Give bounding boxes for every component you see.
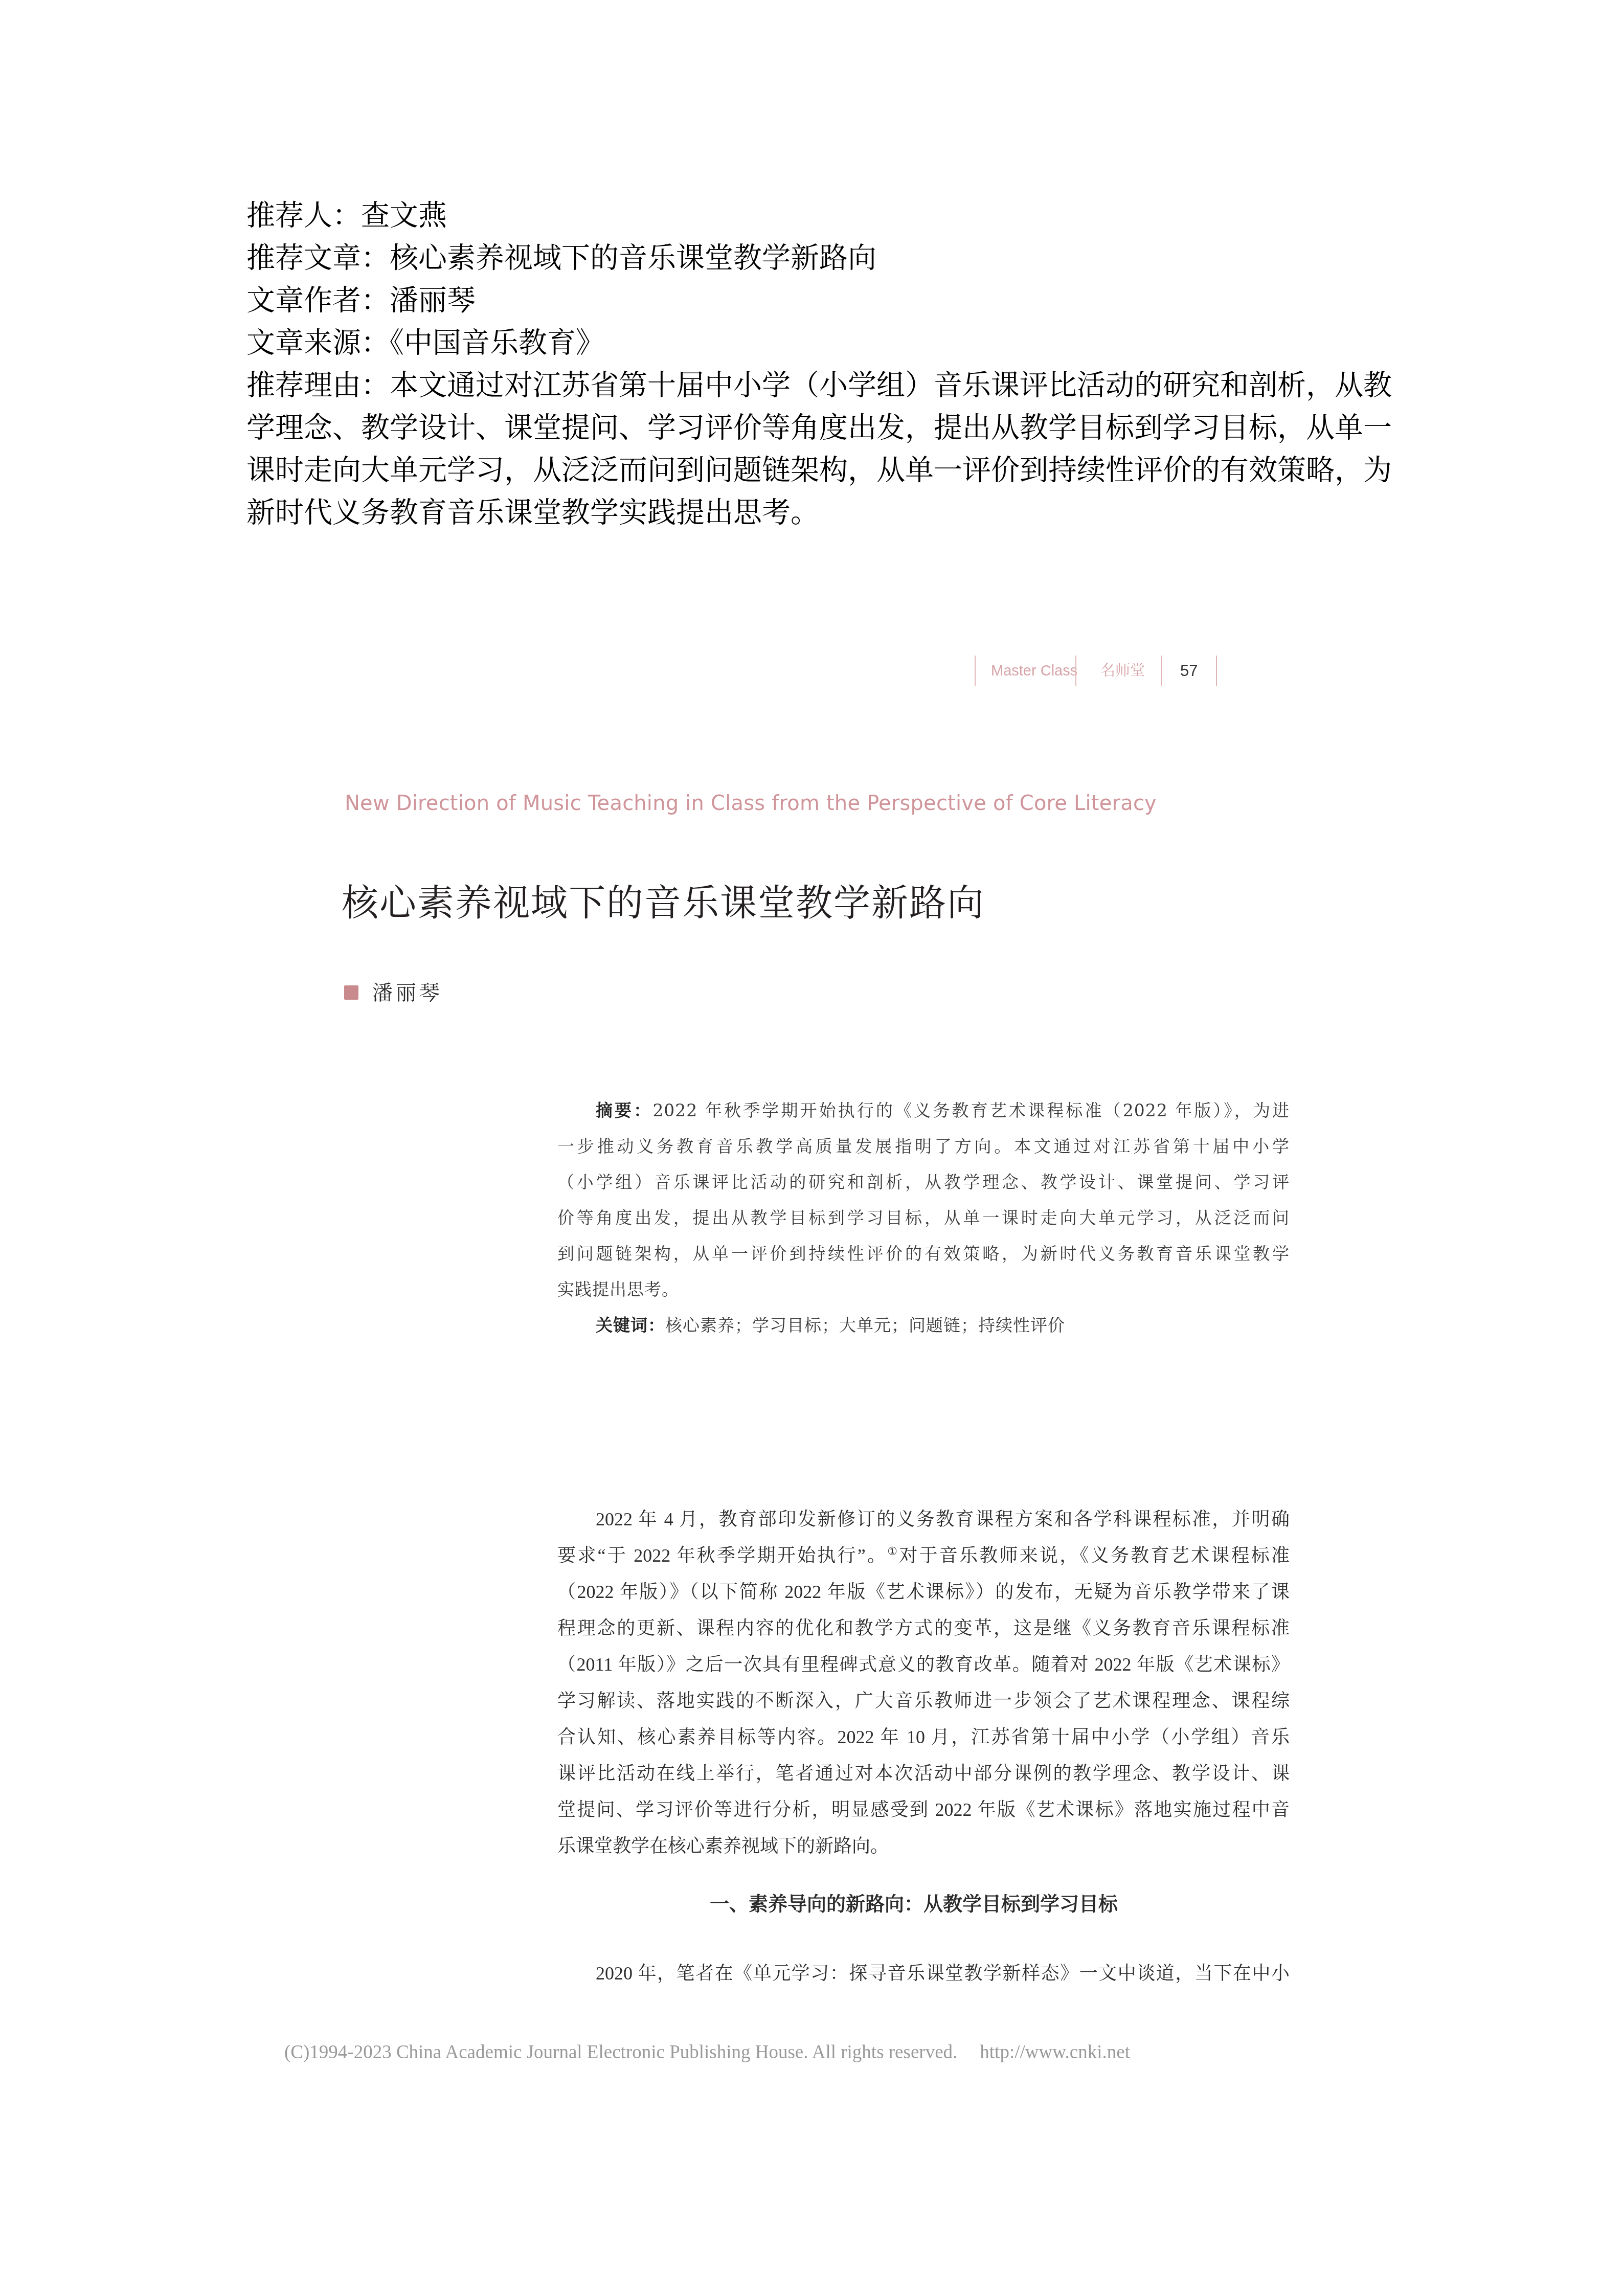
section-heading: 一、素养导向的新路向：从教学目标到学习目标 bbox=[710, 1892, 1118, 1916]
body-line: 2020 年，笔者在《单元学习：探寻音乐课堂教学新样态》一文中谈道，当下在中小 bbox=[596, 1963, 1290, 1984]
copyright-text: (C)1994-2023 China Academic Journal Elec… bbox=[284, 2042, 957, 2063]
abstract-line-4: 价等角度出发，提出从教学目标到学习目标，从单一课时走向大单元学习，从泛泛而问 bbox=[557, 1208, 1290, 1228]
recommender-label: 推荐人： bbox=[246, 199, 361, 232]
keywords-line: 关键词：核心素养；学习目标；大单元；问题链；持续性评价 bbox=[596, 1315, 1290, 1336]
body-line: 合认知、核心素养目标等内容。2022 年 10 月，江苏省第十届中小学（小学组）… bbox=[557, 1726, 1290, 1748]
article-author: 潘丽琴 bbox=[372, 981, 443, 1005]
abstract-label: 摘要： bbox=[596, 1100, 652, 1120]
column-name-en: Master Class bbox=[991, 661, 1077, 681]
article-author-label: 文章作者： bbox=[246, 284, 390, 317]
abstract-line-2: 一步推动义务教育音乐教学高质量发展指明了方向。本文通过对江苏省第十届中小学 bbox=[557, 1136, 1290, 1157]
reason-line-3: 课时走向大单元学习，从泛泛而问到问题链架构，从单一评价到持续性评价的有效策略，为 bbox=[246, 455, 1392, 486]
abstract-line-5: 到问题链架构，从单一评价到持续性评价的有效策略，为新时代义务教育音乐课堂教学 bbox=[557, 1244, 1290, 1264]
abstract-line-1: 摘要：2022 年秋季学期开始执行的《义务教育艺术课程标准（2022 年版）》，… bbox=[596, 1100, 1290, 1121]
reason-line-4: 新时代义务教育音乐课堂教学实践提出思考。 bbox=[246, 498, 819, 528]
header-divider bbox=[1075, 656, 1076, 686]
body-text: 要求“于 2022 年秋季学期开始执行”。 bbox=[557, 1545, 887, 1566]
recommender-line: 推荐人：查文燕 bbox=[246, 200, 447, 231]
column-name-cn: 名师堂 bbox=[1100, 661, 1145, 681]
body-line: 乐课堂教学在核心素养视域下的新路向。 bbox=[557, 1835, 1290, 1857]
article-source-value: 《中国音乐教育》 bbox=[390, 326, 604, 359]
article-author-line: 文章作者：潘丽琴 bbox=[246, 285, 476, 316]
keywords-label: 关键词： bbox=[596, 1315, 665, 1335]
body-line: 学习解读、落地实践的不断深入，广大音乐教师进一步领会了艺术课程理念、课程综 bbox=[557, 1690, 1290, 1712]
recommended-article-label: 推荐文章： bbox=[246, 241, 390, 275]
body-line: 程理念的更新、课程内容的优化和教学方式的变革，这是继《义务教育音乐课程标准 bbox=[557, 1617, 1290, 1639]
author-marker-icon bbox=[344, 985, 358, 1000]
recommended-article-value: 核心素养视域下的音乐课堂教学新路向 bbox=[390, 241, 876, 275]
article-source-label: 文章来源： bbox=[246, 326, 390, 359]
article-author-value: 潘丽琴 bbox=[390, 284, 476, 317]
body-line: 要求“于 2022 年秋季学期开始执行”。①对于音乐教师来说，《义务教育艺术课程… bbox=[557, 1545, 1290, 1566]
article-subtitle-en: New Direction of Music Teaching in Class… bbox=[345, 791, 1157, 816]
body-line: （2011 年版）》之后一次具有里程碑式意义的教育改革。随着对 2022 年版《… bbox=[557, 1654, 1290, 1675]
body-text: 对于音乐教师来说，《义务教育艺术课程标准 bbox=[899, 1545, 1290, 1566]
recommended-article-line: 推荐文章：核心素养视域下的音乐课堂教学新路向 bbox=[246, 243, 876, 274]
article-source-line: 文章来源：《中国音乐教育》 bbox=[246, 328, 604, 358]
body-line: 课评比活动在线上举行，笔者通过对本次活动中部分课例的教学理念、教学设计、课 bbox=[557, 1763, 1290, 1784]
header-divider bbox=[1161, 656, 1162, 686]
article-title: 核心素养视域下的音乐课堂教学新路向 bbox=[342, 881, 985, 925]
footnote-marker[interactable]: ① bbox=[887, 1545, 899, 1558]
copyright-footer: (C)1994-2023 China Academic Journal Elec… bbox=[284, 2041, 1130, 2064]
body-line: 堂提问、学习评价等进行分析，明显感受到 2022 年版《艺术课标》落地实施过程中… bbox=[557, 1799, 1290, 1820]
abstract-line-6: 实践提出思考。 bbox=[557, 1279, 1290, 1300]
header-divider bbox=[1216, 656, 1217, 686]
reason-line-2: 学理念、教学设计、课堂提问、学习评价等角度出发，提出从教学目标到学习目标，从单一 bbox=[246, 413, 1392, 443]
page-number: 57 bbox=[1180, 661, 1198, 681]
abstract-text: 2022 年秋季学期开始执行的《义务教育艺术课程标准（2022 年版）》，为进 bbox=[652, 1100, 1290, 1120]
reason-line-1: 推荐理由：本文通过对江苏省第十届中小学（小学组）音乐课评比活动的研究和剖析，从教 bbox=[246, 370, 1392, 401]
keywords-value: 核心素养；学习目标；大单元；问题链；持续性评价 bbox=[665, 1315, 1065, 1335]
body-line: （2022 年版）》（以下简称 2022 年版《艺术课标》）的发布，无疑为音乐教… bbox=[557, 1581, 1290, 1603]
abstract-line-3: （小学组）音乐课评比活动的研究和剖析，从教学理念、教学设计、课堂提问、学习评 bbox=[557, 1172, 1290, 1192]
recommender-value: 查文燕 bbox=[361, 199, 447, 232]
header-divider bbox=[975, 656, 976, 686]
reason-label: 推荐理由： bbox=[246, 369, 390, 402]
cnki-link[interactable]: http://www.cnki.net bbox=[980, 2042, 1130, 2063]
body-line: 2022 年 4 月，教育部印发新修订的义务教育课程方案和各学科课程标准，并明确 bbox=[596, 1509, 1290, 1530]
reason-text: 本文通过对江苏省第十届中小学（小学组）音乐课评比活动的研究和剖析，从教 bbox=[390, 369, 1392, 402]
